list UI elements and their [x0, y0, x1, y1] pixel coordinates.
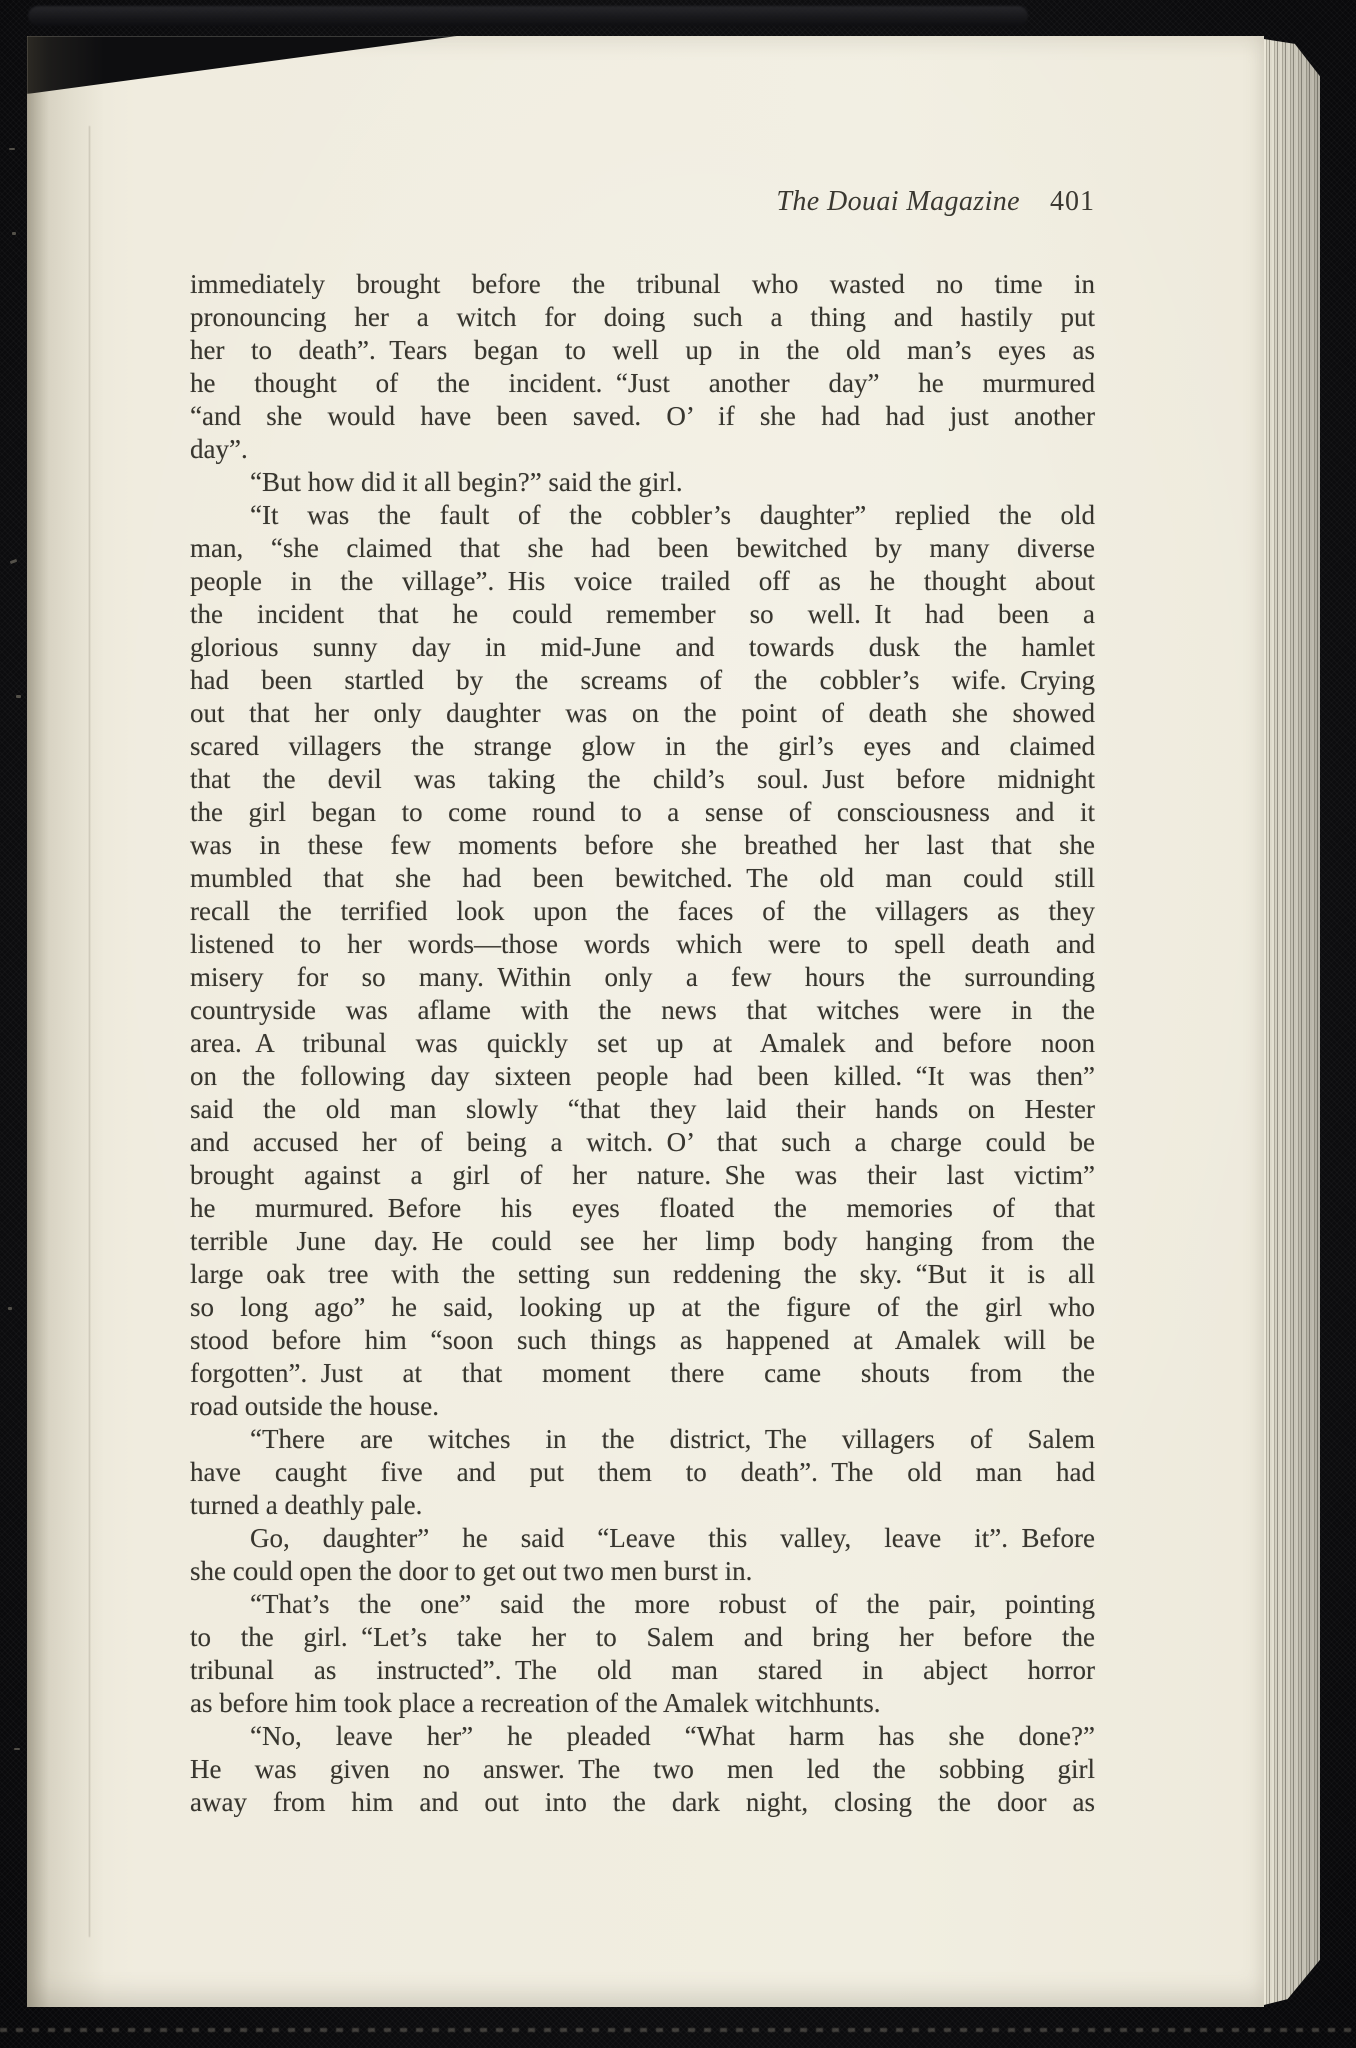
text-line: the incident that he could remember so w… — [190, 598, 1095, 631]
margin-speck — [8, 1307, 12, 1310]
page-number: 401 — [1050, 186, 1095, 218]
text-line: to the girl. “Let’s take her to Salem an… — [190, 1621, 1095, 1654]
text-line: have caught five and put them to death”.… — [190, 1456, 1095, 1489]
text-line: large oak tree with the setting sun redd… — [190, 1258, 1095, 1291]
text-line: she could open the door to get out two m… — [190, 1555, 1095, 1588]
text-block: immediately brought before the tribunal … — [190, 268, 1095, 1819]
text-line: “It was the fault of the cobbler’s daugh… — [190, 499, 1095, 532]
text-line: mumbled that she had been bewitched. The… — [190, 862, 1095, 895]
text-line: out that her only daughter was on the po… — [190, 697, 1095, 730]
text-line: listened to her words—those words which … — [190, 928, 1095, 961]
paragraph: Go, daughter” he said “Leave this valley… — [190, 1522, 1095, 1588]
text-line: pronouncing her a witch for doing such a… — [190, 301, 1095, 334]
paragraph: “No, leave her” he pleaded “What harm ha… — [190, 1720, 1095, 1819]
page-edge-stack — [1264, 39, 1320, 2005]
text-line: “There are witches in the district, The … — [190, 1423, 1095, 1456]
text-line: recall the terrified look upon the faces… — [190, 895, 1095, 928]
paragraph: immediately brought before the tribunal … — [190, 268, 1095, 466]
text-line: “and she would have been saved. O’ if sh… — [190, 400, 1095, 433]
margin-speck — [9, 148, 15, 150]
spine-crease — [89, 126, 90, 1937]
text-line: “But how did it all begin?” said the gir… — [190, 466, 1095, 499]
margin-speck — [14, 1748, 20, 1750]
text-line: He was given no answer. The two men led … — [190, 1753, 1095, 1786]
text-line: on the following day sixteen people had … — [190, 1060, 1095, 1093]
text-line: man, “she claimed that she had been bewi… — [190, 532, 1095, 565]
text-line: countryside was aflame with the news tha… — [190, 994, 1095, 1027]
text-line: brought against a girl of her nature. Sh… — [190, 1159, 1095, 1192]
text-line: had been startled by the screams of the … — [190, 664, 1095, 697]
paragraph: “There are witches in the district, The … — [190, 1423, 1095, 1522]
scanned-book-photo: { "header": { "magazine_title": "The Dou… — [0, 0, 1356, 2048]
text-line: the girl began to come round to a sense … — [190, 796, 1095, 829]
text-line: said the old man slowly “that they laid … — [190, 1093, 1095, 1126]
text-line: area. A tribunal was quickly set up at A… — [190, 1027, 1095, 1060]
margin-speck — [12, 232, 16, 235]
margin-speck — [16, 695, 21, 698]
text-line: terrible June day. He could see her limp… — [190, 1225, 1095, 1258]
text-line: away from him and out into the dark nigh… — [190, 1786, 1095, 1819]
text-line: her to death”. Tears began to well up in… — [190, 334, 1095, 367]
text-line: scared villagers the strange glow in the… — [190, 730, 1095, 763]
text-line: forgotten”. Just at that moment there ca… — [190, 1357, 1095, 1390]
text-line: immediately brought before the tribunal … — [190, 268, 1095, 301]
running-header: The Douai Magazine 401 — [190, 186, 1095, 219]
paragraph: “It was the fault of the cobbler’s daugh… — [190, 499, 1095, 1423]
text-line: road outside the house. — [190, 1390, 1095, 1423]
paragraph: “But how did it all begin?” said the gir… — [190, 466, 1095, 499]
text-line: day”. — [190, 433, 1095, 466]
page: The Douai Magazine 401 immediately broug… — [27, 36, 1264, 2007]
cover-stitching — [0, 2028, 1356, 2032]
gutter-shadow — [27, 36, 107, 2007]
book-cover-top-edge — [28, 6, 1028, 26]
text-line: he murmured. Before his eyes floated the… — [190, 1192, 1095, 1225]
text-line: Go, daughter” he said “Leave this valley… — [190, 1522, 1095, 1555]
text-line: stood before him “soon such things as ha… — [190, 1324, 1095, 1357]
text-line: “That’s the one” said the more robust of… — [190, 1588, 1095, 1621]
text-line: glorious sunny day in mid-June and towar… — [190, 631, 1095, 664]
paragraph: “That’s the one” said the more robust of… — [190, 1588, 1095, 1720]
text-line: tribunal as instructed”. The old man sta… — [190, 1654, 1095, 1687]
text-line: misery for so many. Within only a few ho… — [190, 961, 1095, 994]
text-line: so long ago” he said, looking up at the … — [190, 1291, 1095, 1324]
text-line: was in these few moments before she brea… — [190, 829, 1095, 862]
text-line: “No, leave her” he pleaded “What harm ha… — [190, 1720, 1095, 1753]
text-line: and accused her of being a witch. O’ tha… — [190, 1126, 1095, 1159]
text-line: people in the village”. His voice traile… — [190, 565, 1095, 598]
text-line: as before him took place a recreation of… — [190, 1687, 1095, 1720]
text-line: turned a deathly pale. — [190, 1489, 1095, 1522]
text-line: he thought of the incident. “Just anothe… — [190, 367, 1095, 400]
magazine-title: The Douai Magazine — [776, 186, 1020, 218]
text-line: that the devil was taking the child’s so… — [190, 763, 1095, 796]
